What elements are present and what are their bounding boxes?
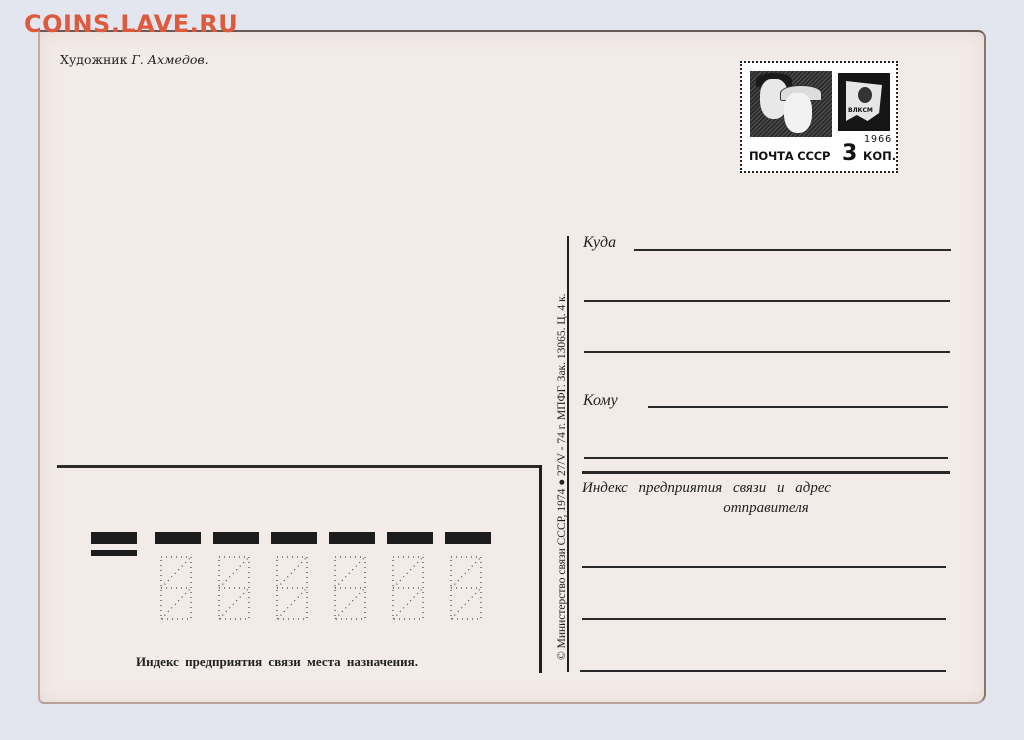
postcode-sample-bar-bottom <box>91 550 137 556</box>
postcode-sample-bar-top <box>91 532 137 544</box>
youth-portrait-icon <box>750 71 832 137</box>
sender-label: Индекс предприятия связи и адрес отправи… <box>582 478 950 518</box>
postcode-digit-field-4[interactable] <box>334 556 366 620</box>
postcode-bar-5 <box>387 532 433 544</box>
postcode-digit-field-2[interactable] <box>218 556 250 620</box>
postcode-bar-4 <box>329 532 375 544</box>
postage-stamp: ВЛКСМ ПОЧТА СССР 3 1966 КОП. <box>740 61 898 173</box>
sender-divider <box>582 471 950 474</box>
postcode-frame-top <box>57 465 541 468</box>
recipient-line-2[interactable] <box>584 457 948 459</box>
recipient-line-1[interactable] <box>648 406 948 408</box>
postcode-bar-1 <box>155 532 201 544</box>
postcode-bar-2 <box>213 532 259 544</box>
postcode-digit-field-3[interactable] <box>276 556 308 620</box>
divider-vertical <box>567 236 569 672</box>
watermark: COINS.LAVE.RU <box>24 10 238 38</box>
sender-line-3[interactable] <box>580 670 946 672</box>
stamp-year: 1966 <box>864 134 892 145</box>
postcode-digit-field-6[interactable] <box>450 556 482 620</box>
to-whom-label: Кому <box>583 392 618 410</box>
postcode-bar-6 <box>445 532 491 544</box>
address-line-3[interactable] <box>584 351 950 353</box>
postcode-digit-field-1[interactable] <box>160 556 192 620</box>
address-line-1[interactable] <box>634 249 951 251</box>
sender-line-1[interactable] <box>582 566 946 568</box>
sender-line-2[interactable] <box>582 618 946 620</box>
to-where-label: Куда <box>583 234 616 252</box>
stamp-value: 3 <box>842 141 857 166</box>
stamp-country-label: ПОЧТА СССР <box>749 149 830 163</box>
postcode-bar-3 <box>271 532 317 544</box>
address-line-2[interactable] <box>584 300 950 302</box>
artist-credit: Художник Г. Ахмедов. <box>60 52 209 67</box>
artist-label: Художник <box>60 52 127 67</box>
postcode-digit-field-5[interactable] <box>392 556 424 620</box>
postcode-caption: Индекс предприятия связи места назначени… <box>136 654 418 670</box>
postcode-frame-right <box>539 465 542 673</box>
komsomol-badge-icon: ВЛКСМ <box>838 73 890 131</box>
stamp-currency: КОП. <box>863 149 896 163</box>
artist-name: Г. Ахмедов. <box>131 52 208 67</box>
